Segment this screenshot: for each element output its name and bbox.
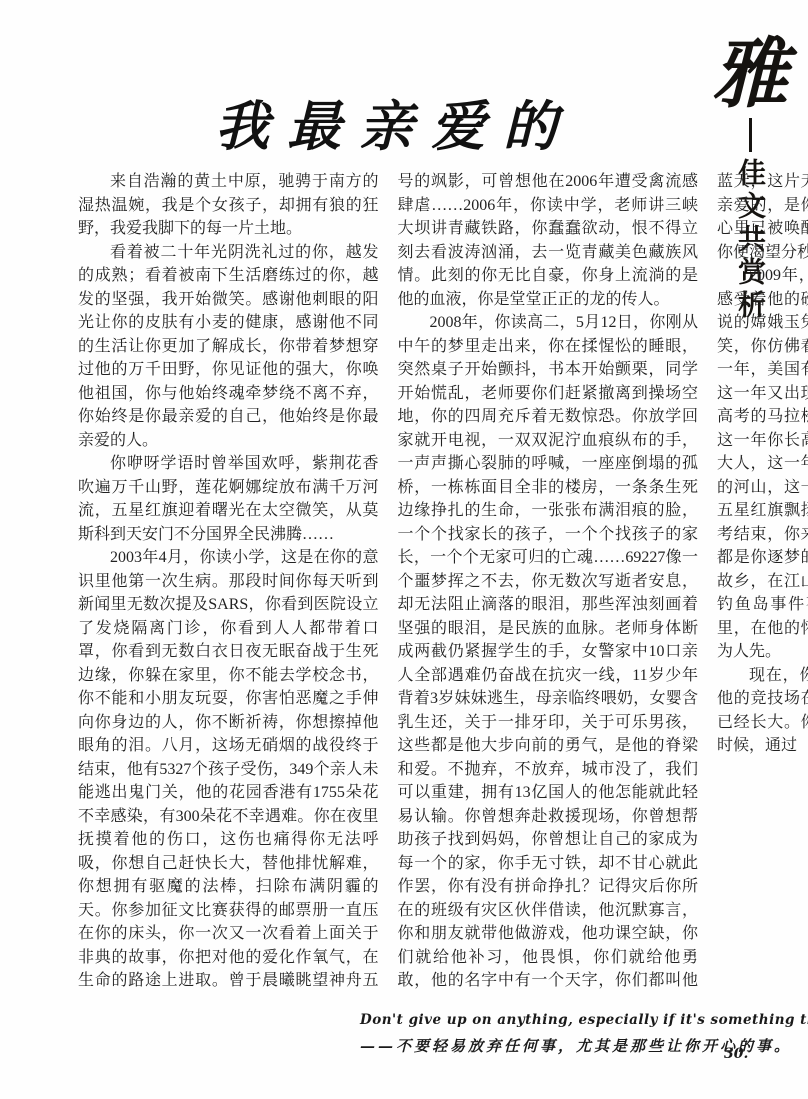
page-title: 我最亲爱的 bbox=[90, 84, 700, 161]
footer-quote-en: Don't give up on anything, especially if… bbox=[360, 1012, 720, 1028]
article-paragraph: 2009年，他六十岁生日，看着阅兵，感受着他的磅礴，你乐为他的子女；当传说的嫦娥… bbox=[717, 264, 808, 664]
article-body: 来自浩瀚的黄土中原，驰骋于南方的湿热温婉，我是个女孩子，却拥有狼的狂野，我爱我脚… bbox=[78, 170, 698, 994]
footer-quote: Don't give up on anything, especially if… bbox=[360, 1012, 720, 1056]
magazine-logo: 雅 bbox=[712, 34, 788, 114]
magazine-page: 我最亲爱的 雅 佳文共赏析 来自浩瀚的黄土中原，驰骋于南方的湿热温婉，我是个女孩… bbox=[0, 0, 808, 1099]
article-paragraph: 来自浩瀚的黄土中原，驰骋于南方的湿热温婉，我是个女孩子，却拥有狼的狂野，我爱我脚… bbox=[78, 170, 379, 241]
page-number: 30. bbox=[724, 1046, 748, 1062]
article-paragraph: 现在，你读大三，还有一年就将踏入他的竞技场在社会中接受考验。此刻，你已经长大。你… bbox=[717, 664, 808, 758]
sidebar-divider bbox=[749, 118, 752, 152]
article-paragraph: 你咿呀学语时曾举国欢呼，紫荆花香吹遍万千山野，莲花婀娜绽放布满千万河流，五星红旗… bbox=[78, 452, 379, 546]
footer-quote-zh: ——不要轻易放弃任何事，尤其是那些让你开心的事。 bbox=[360, 1035, 720, 1056]
article-paragraph: 看着被二十年光阴洗礼过的你，越发的成熟；看着被南下生活磨练过的你，越发的坚强，我… bbox=[78, 241, 379, 453]
